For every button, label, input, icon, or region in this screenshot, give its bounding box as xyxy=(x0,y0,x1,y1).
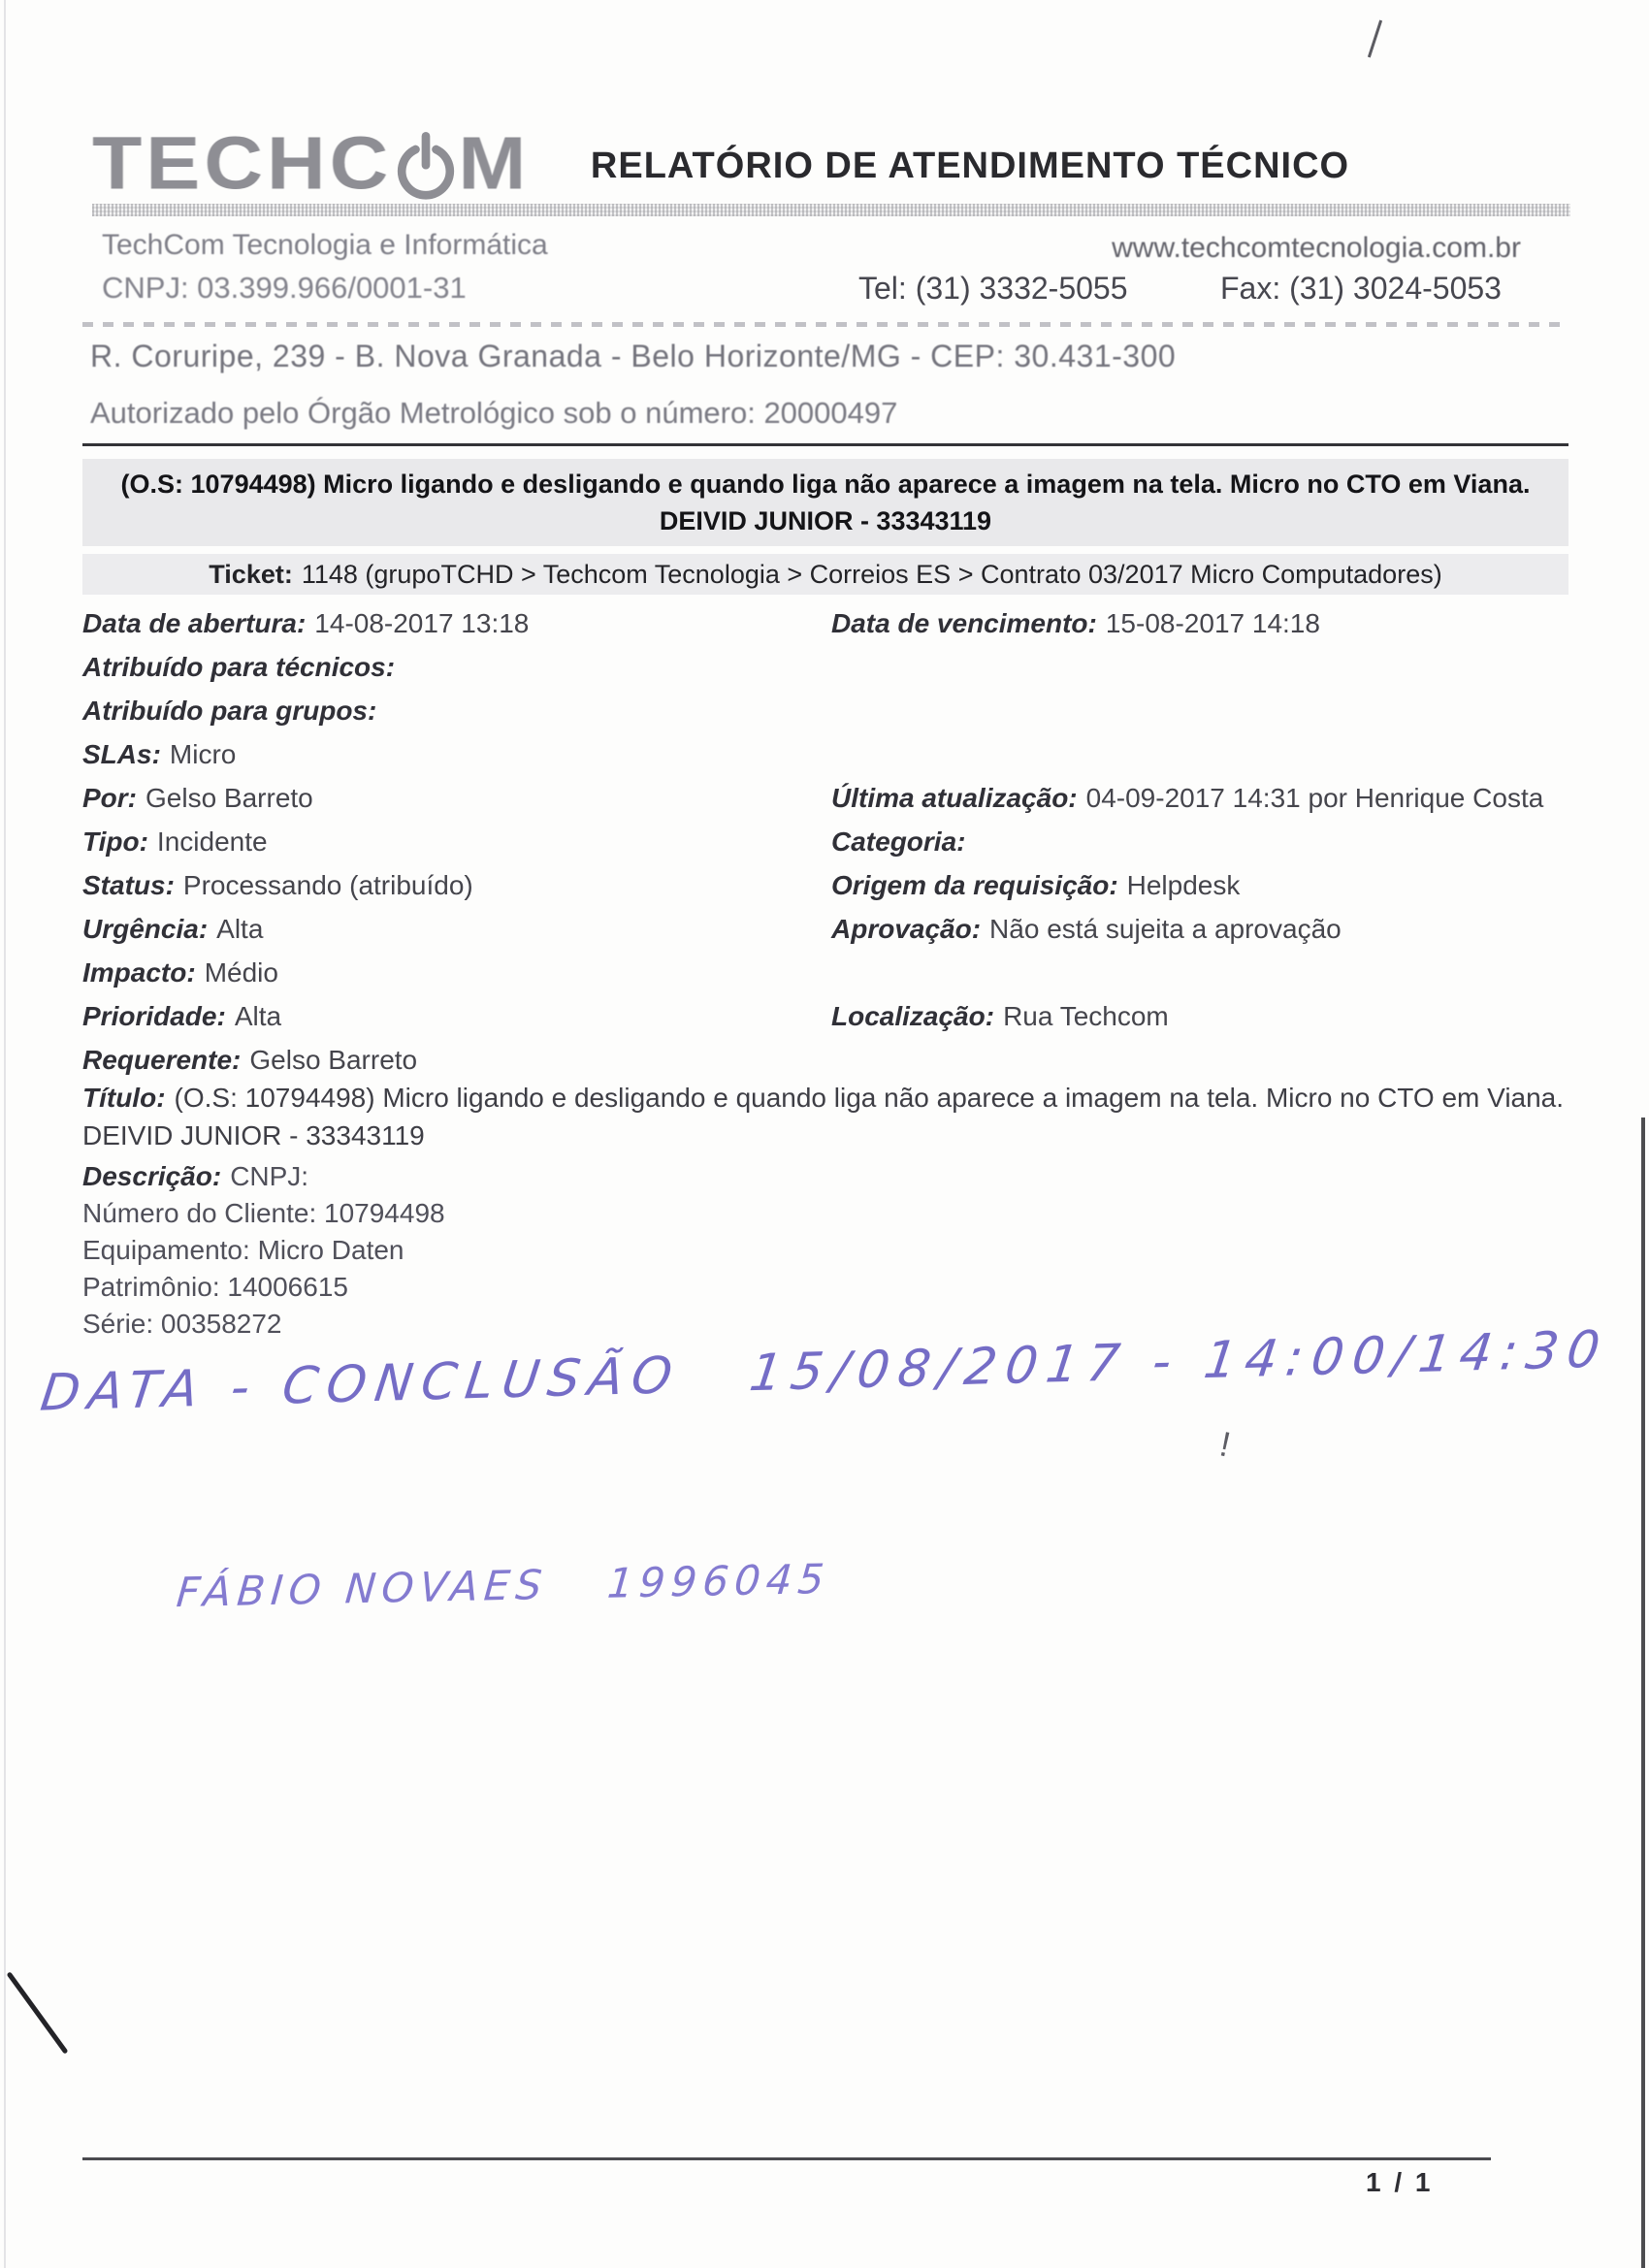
field-urgencia: Urgência:Alta xyxy=(82,914,831,945)
company-phone: Tel: (31) 3332-5055 xyxy=(858,271,1128,307)
field-status: Status:Processando (atribuído) xyxy=(82,870,831,901)
company-address: R. Coruripe, 239 - B. Nova Granada - Bel… xyxy=(90,339,1176,374)
field-localizacao: Localização:Rua Techcom xyxy=(831,1001,1571,1032)
footer-divider-line xyxy=(82,2157,1491,2160)
field-descricao: Descrição:CNPJ: Número do Cliente: 10794… xyxy=(82,1158,1343,1343)
descricao-line: Patrimônio: 14006615 xyxy=(82,1269,1343,1306)
company-website: www.techcomtecnologia.com.br xyxy=(1112,232,1521,265)
field-requerente: Requerente:Gelso Barreto xyxy=(82,1045,831,1076)
field-row: Requerente:Gelso Barreto xyxy=(82,1038,1571,1082)
service-order-banner: (O.S: 10794498) Micro ligando e desligan… xyxy=(82,459,1568,546)
scan-artifact-backslash xyxy=(7,1971,69,2054)
ticket-value: 1148 (grupoTCHD > Techcom Tecnologia > C… xyxy=(302,560,1442,589)
scanned-service-report-page: TECHC M RELATÓRIO DE ATENDIMENTO TÉCNICO… xyxy=(0,0,1649,2268)
field-ultima-atualizacao: Última atualização:04-09-2017 14:31 por … xyxy=(831,783,1571,814)
field-row: Atribuído para técnicos: xyxy=(82,645,1571,689)
field-slas: SLAs:Micro xyxy=(82,739,831,770)
logo-text-post: M xyxy=(458,125,530,200)
company-cnpj: CNPJ: 03.399.966/0001-31 xyxy=(102,271,467,306)
scan-artifact-slash xyxy=(1368,20,1382,58)
field-categoria: Categoria: xyxy=(831,826,1571,858)
field-data-de-vencimento: Data de vencimento:15-08-2017 14:18 xyxy=(831,608,1571,639)
field-row: Por:Gelso Barreto Última atualização:04-… xyxy=(82,776,1571,820)
field-origem-requisicao: Origem da requisição:Helpdesk xyxy=(831,870,1571,901)
field-titulo: Título:(O.S: 10794498) Micro ligando e d… xyxy=(82,1079,1571,1154)
techcom-logo: TECHC M xyxy=(92,122,530,204)
field-row: Atribuído para grupos: xyxy=(82,689,1571,732)
descricao-line: Número do Cliente: 10794498 xyxy=(82,1195,1343,1232)
descricao-first-line: Descrição:CNPJ: xyxy=(82,1158,1343,1195)
field-aprovacao: Aprovação:Não está sujeita a aprovação xyxy=(831,914,1571,945)
field-row: Impacto:Médio xyxy=(82,951,1571,994)
metrology-authorization: Autorizado pelo Órgão Metrológico sob o … xyxy=(90,396,897,431)
dashed-separator xyxy=(82,322,1568,327)
field-por: Por:Gelso Barreto xyxy=(82,783,831,814)
field-prioridade: Prioridade:Alta xyxy=(82,1001,831,1032)
scan-artifact-right-edge xyxy=(1641,1118,1645,2268)
field-impacto: Impacto:Médio xyxy=(82,957,831,988)
page-indicator: 1 / 1 xyxy=(1366,2167,1433,2198)
document-title: RELATÓRIO DE ATENDIMENTO TÉCNICO xyxy=(563,146,1377,187)
scan-artifact-left-edge xyxy=(4,0,6,2268)
handwritten-exclamation-mark: ! xyxy=(1216,1423,1235,1465)
ticket-banner: Ticket:1148 (grupoTCHD > Techcom Tecnolo… xyxy=(82,554,1568,595)
field-data-de-abertura: Data de abertura:14-08-2017 13:18 xyxy=(82,608,831,639)
power-icon xyxy=(396,132,456,202)
field-row: Prioridade:Alta Localização:Rua Techcom xyxy=(82,994,1571,1038)
title-underline-hatch xyxy=(92,204,1570,216)
company-fax: Fax: (31) 3024-5053 xyxy=(1220,271,1502,307)
header-divider-line xyxy=(82,443,1568,446)
field-row: Urgência:Alta Aprovação:Não está sujeita… xyxy=(82,907,1571,951)
field-row: Data de abertura:14-08-2017 13:18 Data d… xyxy=(82,601,1571,645)
logo-text-pre: TECHC xyxy=(92,125,392,200)
field-atribuido-tecnicos: Atribuído para técnicos: xyxy=(82,652,831,683)
field-row: Tipo:Incidente Categoria: xyxy=(82,820,1571,863)
field-tipo: Tipo:Incidente xyxy=(82,826,831,858)
field-row: SLAs:Micro xyxy=(82,732,1571,776)
ticket-label: Ticket: xyxy=(209,560,293,589)
field-atribuido-grupos: Atribuído para grupos: xyxy=(82,696,831,727)
company-name: TechCom Tecnologia e Informática xyxy=(102,229,548,262)
handwritten-technician-signature: FÁBIO NOVAES 1996045 xyxy=(175,1555,831,1616)
field-row: Status:Processando (atribuído) Origem da… xyxy=(82,863,1571,907)
ticket-fields: Data de abertura:14-08-2017 13:18 Data d… xyxy=(82,601,1571,1082)
descricao-line: Equipamento: Micro Daten xyxy=(82,1232,1343,1269)
